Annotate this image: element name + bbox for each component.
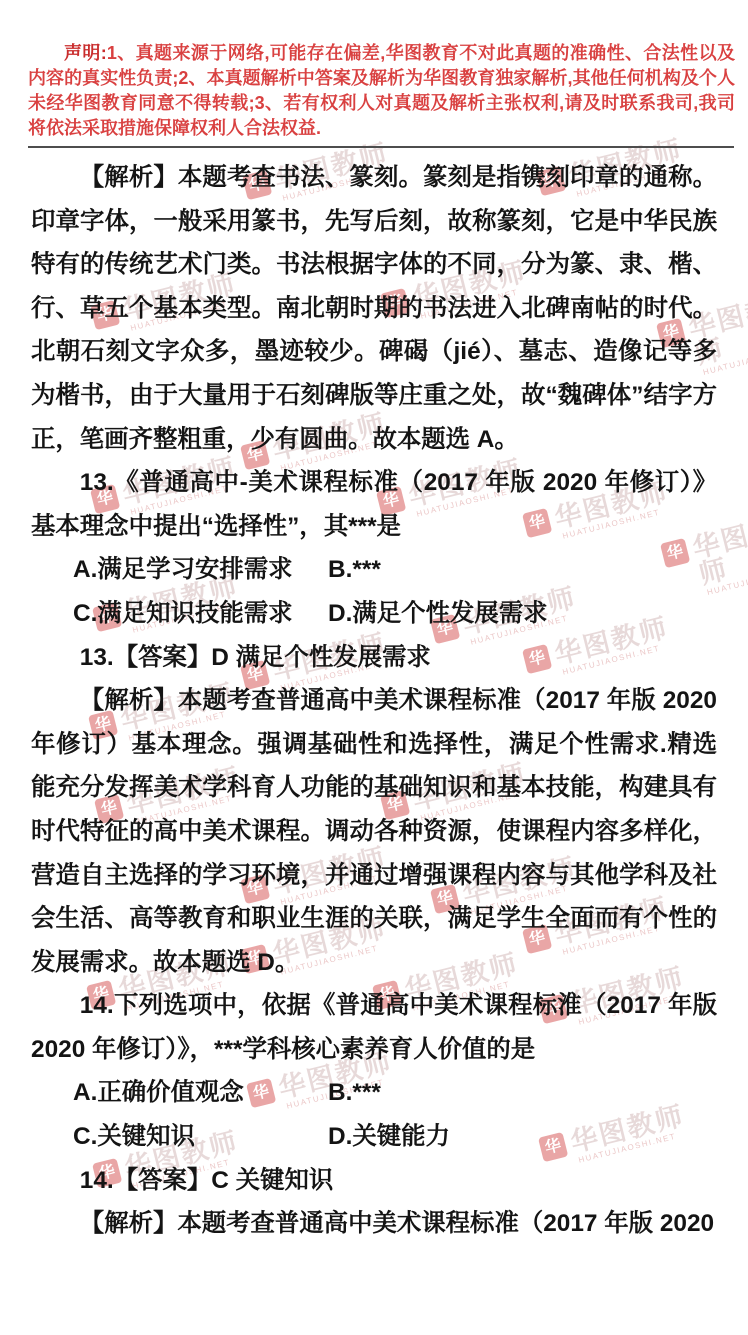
- paragraph: 13.【答案】D 满足个性发展需求: [31, 636, 717, 680]
- document-page: 声明:1、真题来源于网络,可能存在偏差,华图教育不对此真题的准确性、合法性以及内…: [0, 0, 748, 1335]
- answer-option: C.满足知识技能需求: [73, 592, 328, 636]
- paragraph: 【解析】本题考查书法、篆刻。篆刻是指镌刻印章的通称。印章字体，一般采用篆书，先写…: [31, 156, 717, 461]
- paragraph: 14.下列选项中，依据《普通高中美术课程标淮（2017 年版 2020 年修订）…: [31, 984, 717, 1071]
- answer-option: B.***: [328, 1071, 381, 1115]
- answer-option: B.***: [328, 548, 381, 592]
- paragraph: 14.【答案】C 关键知识: [31, 1159, 717, 1203]
- disclaimer-block: 声明:1、真题来源于网络,可能存在偏差,华图教育不对此真题的准确性、合法性以及内…: [28, 41, 735, 141]
- disclaimer-label: 声明:: [64, 43, 107, 63]
- answer-options-row: A.正确价值观念B.***: [31, 1071, 717, 1115]
- paragraph: 13.《普通高中-美术课程标准（2017 年版 2020 年修订）》基本理念中提…: [31, 461, 717, 548]
- answer-option: D.关键能力: [328, 1115, 450, 1159]
- answer-option: A.正确价值观念: [73, 1071, 328, 1115]
- disclaimer-body: 1、真题来源于网络,可能存在偏差,华图教育不对此真题的准确性、合法性以及内容的真…: [28, 43, 735, 138]
- answer-options-row: C.满足知识技能需求D.满足个性发展需求: [31, 592, 717, 636]
- answer-option: C.关键知识: [73, 1115, 328, 1159]
- divider-line: [28, 146, 734, 148]
- document-content: 【解析】本题考查书法、篆刻。篆刻是指镌刻印章的通称。印章字体，一般采用篆书，先写…: [31, 156, 717, 1246]
- answer-option: A.满足学习安排需求: [73, 548, 328, 592]
- answer-option: D.满足个性发展需求: [328, 592, 548, 636]
- paragraph: 【解析】本题考查普通高中美术课程标准（2017 年版 2020: [31, 1202, 717, 1246]
- answer-options-row: A.满足学习安排需求B.***: [31, 548, 717, 592]
- answer-options-row: C.关键知识D.关键能力: [31, 1115, 717, 1159]
- paragraph: 【解析】本题考查普通高中美术课程标准（2017 年版 2020 年修订）基本理念…: [31, 679, 717, 984]
